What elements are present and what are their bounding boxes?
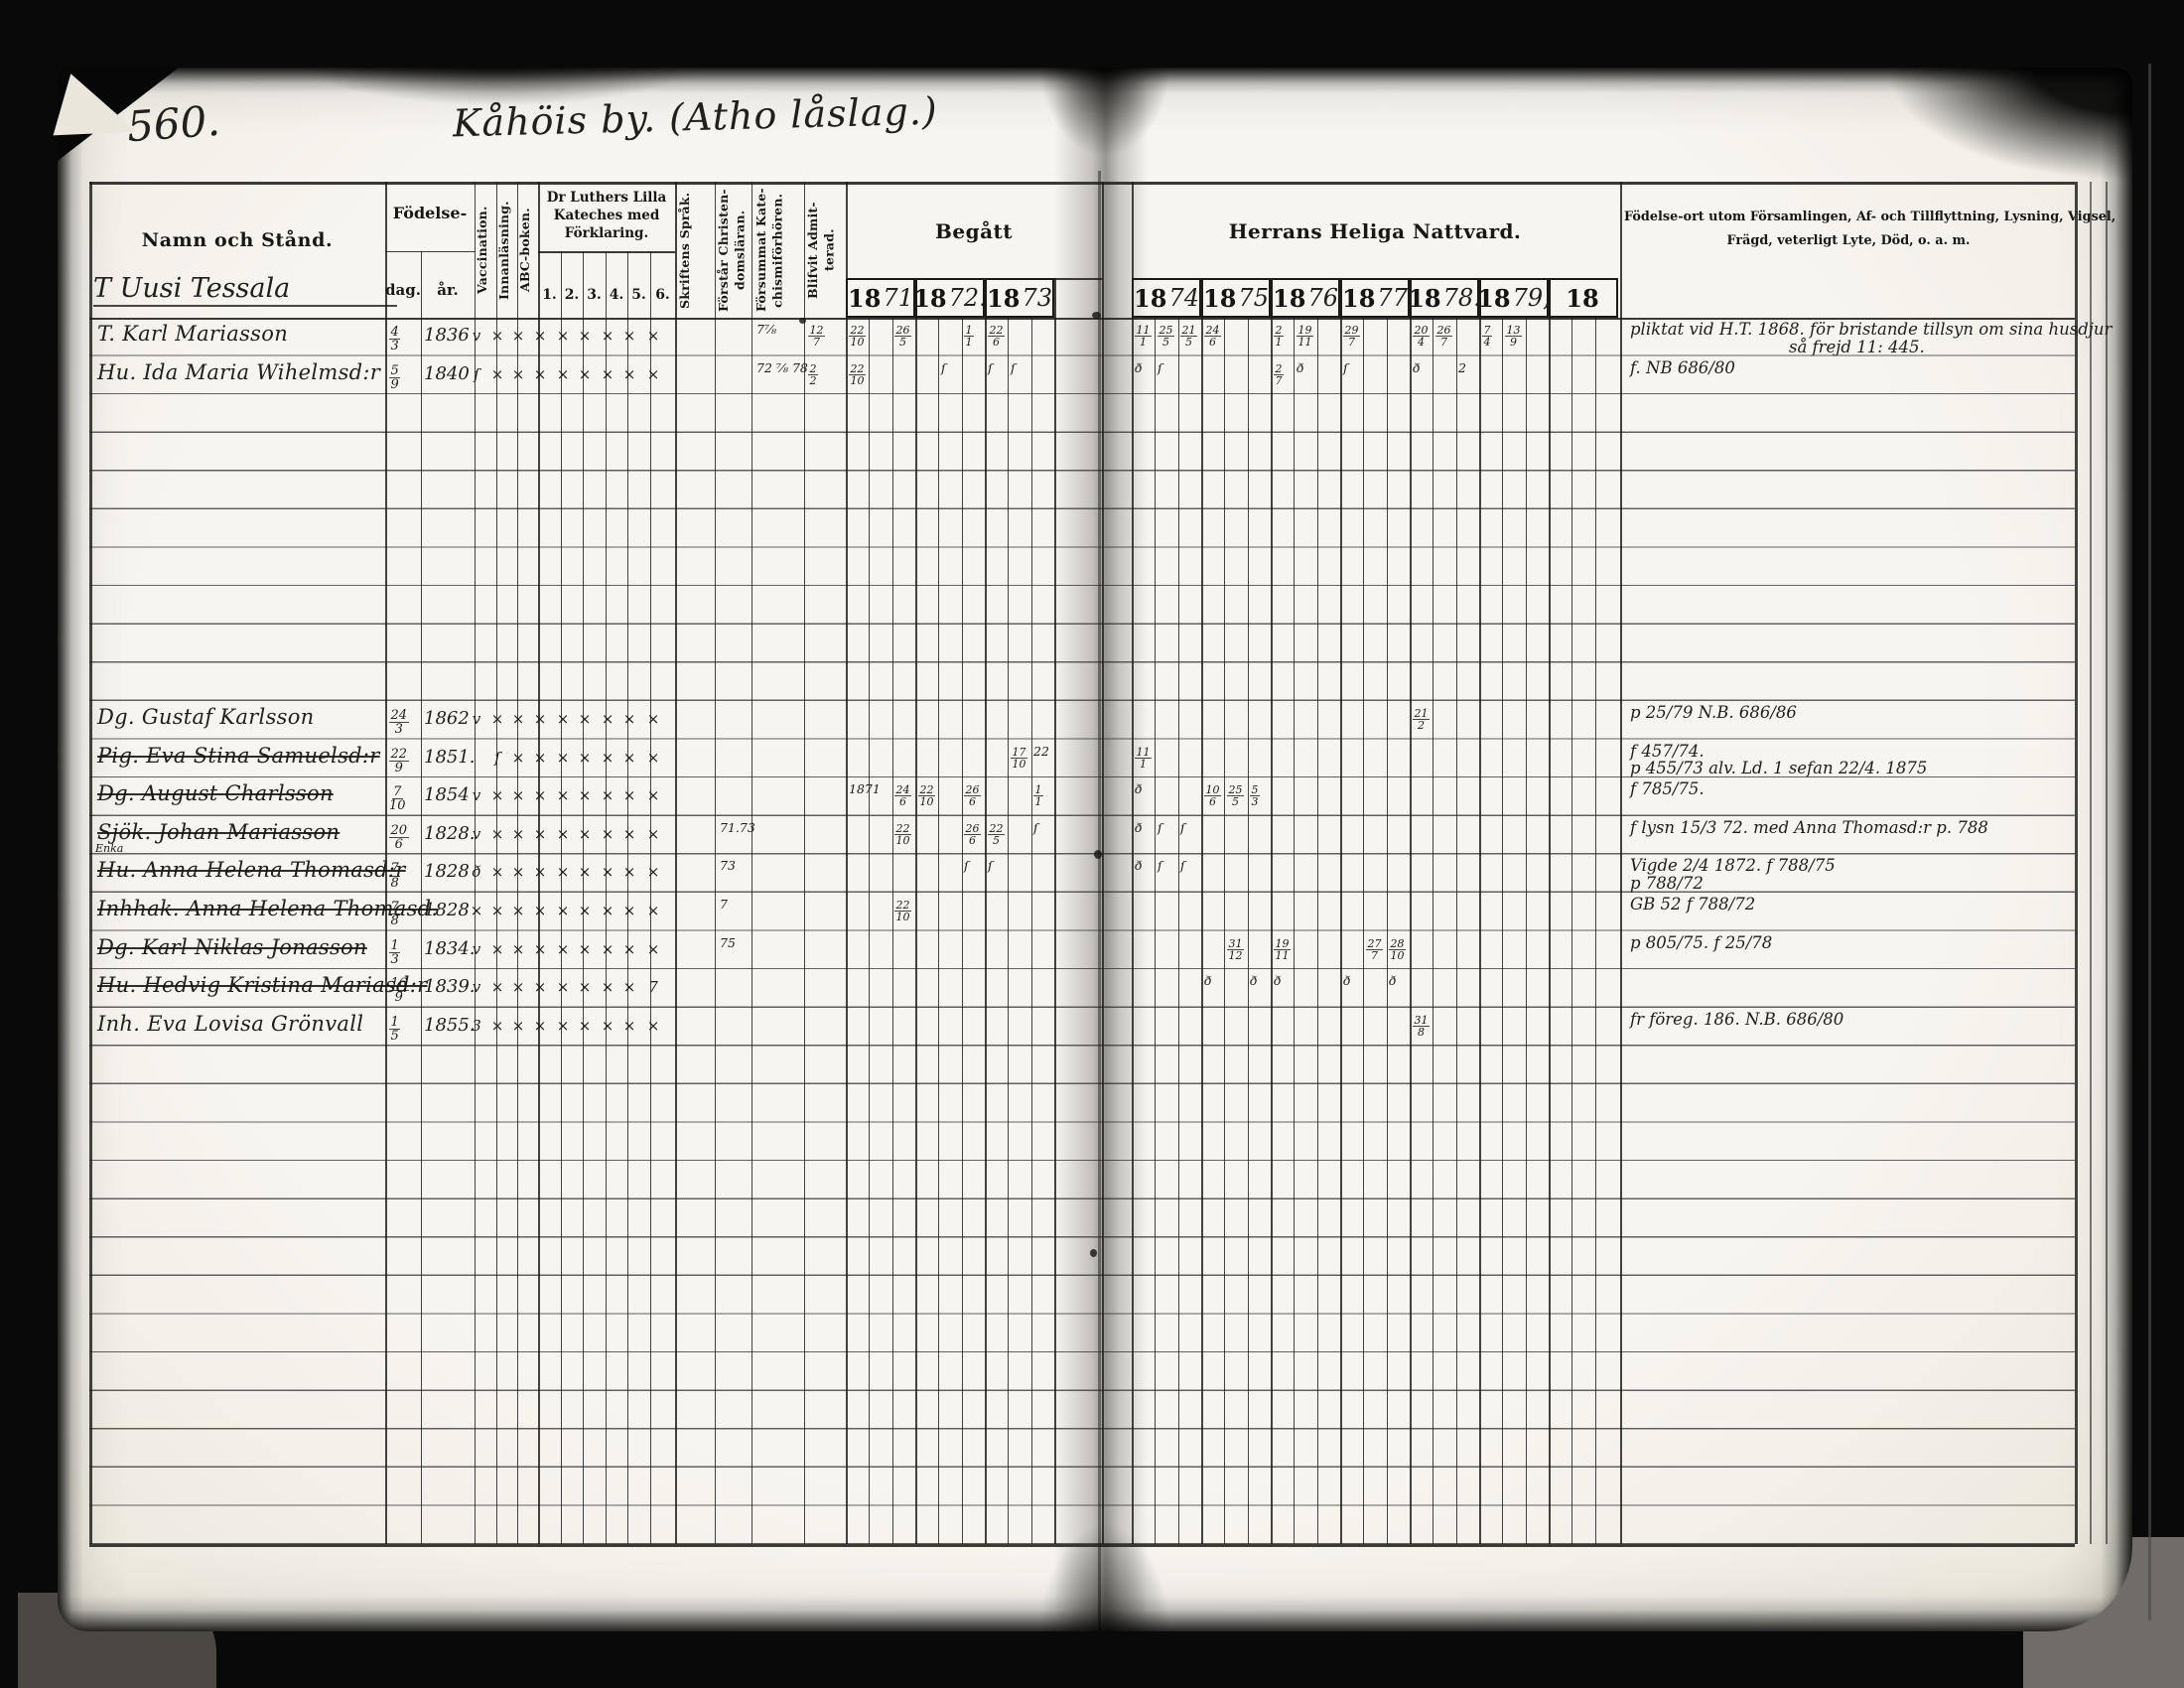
communion-entry: 225 — [988, 820, 1005, 846]
register-row-name: Inh. Eva Lovisa Grönvall — [97, 1012, 363, 1036]
communion-entry: ſ — [1158, 858, 1162, 873]
reading-mark: × — [509, 749, 527, 767]
communion-entry: 212 — [1413, 705, 1430, 731]
reading-mark: × — [576, 940, 594, 958]
grid-line — [962, 318, 963, 1544]
register-row-name: Dg. Gustaf Karlsson — [97, 705, 315, 729]
grid-line — [715, 182, 716, 1544]
reading-mark: × — [531, 786, 549, 804]
grid-line — [675, 182, 677, 1544]
communion-entry: 3112 — [1227, 935, 1244, 961]
grid-line — [89, 182, 92, 1544]
year-header: 18 — [1549, 278, 1618, 318]
reading-mark: × — [488, 825, 506, 843]
communion-entry: 75 — [720, 935, 736, 950]
reading-mark: × — [554, 940, 572, 958]
grid-line — [1155, 318, 1156, 1544]
communion-entry: ſ — [1158, 360, 1162, 375]
grid-line — [1317, 318, 1318, 1544]
communion-entry: ð — [1389, 973, 1397, 988]
note-line: pliktat vid H.T. 1868. för bristande til… — [1630, 320, 2112, 339]
year-header: 1877 — [1340, 278, 1410, 318]
reading-mark: × — [531, 978, 549, 996]
communion-entry: 255 — [1227, 781, 1244, 807]
birth-year: 1836 — [424, 325, 470, 346]
reading-mark: × — [576, 365, 594, 383]
communion-entry: 246 — [1204, 322, 1221, 348]
reading-mark: × — [599, 786, 616, 804]
birth-day: 78 — [389, 857, 400, 890]
ink-speck — [799, 318, 806, 324]
reading-mark: × — [599, 940, 616, 958]
reading-mark: × — [576, 863, 594, 881]
communion-entry: 266 — [964, 781, 981, 807]
note-line: f 785/75. — [1630, 779, 1705, 798]
grid-line — [938, 318, 939, 1544]
reading-mark: × — [620, 365, 638, 383]
reading-mark: × — [554, 825, 572, 843]
reading-mark: × — [531, 940, 549, 958]
reading-mark: × — [509, 1017, 527, 1035]
communion-entry: 1911 — [1297, 322, 1313, 348]
grid-line — [892, 318, 893, 1544]
reading-mark: × — [620, 978, 638, 996]
reading-mark: × — [599, 863, 616, 881]
reading-mark: × — [531, 902, 549, 919]
communion-entry: 265 — [894, 322, 911, 348]
reading-mark: v — [468, 327, 485, 345]
birth-day: 243 — [389, 704, 409, 737]
reading-mark: × — [599, 1017, 616, 1035]
reading-mark: × — [554, 902, 572, 919]
communion-entry: 204 — [1413, 322, 1430, 348]
reading-mark: × — [599, 825, 616, 843]
communion-entry: 318 — [1413, 1012, 1430, 1038]
communion-entry: 139 — [1505, 322, 1522, 348]
birth-day: 206 — [389, 819, 409, 852]
communion-entry: 2210 — [894, 897, 911, 922]
reading-mark: × — [644, 825, 662, 843]
reading-mark: × — [620, 1017, 638, 1035]
reading-mark: × — [488, 710, 506, 728]
reading-mark: × — [554, 978, 572, 996]
birth-day: 78 — [389, 896, 400, 928]
grid-line — [804, 182, 805, 1544]
scan-corner-top-right — [1884, 68, 2132, 182]
scan-smudge-top — [286, 68, 713, 107]
communion-entry: 22 — [1033, 744, 1049, 759]
communion-entry: ſ — [988, 858, 993, 873]
communion-entry: 297 — [1343, 322, 1360, 348]
grid-line — [1271, 278, 1273, 1544]
reading-mark: × — [576, 825, 594, 843]
reading-mark: × — [644, 863, 662, 881]
grid-line — [561, 251, 562, 1544]
register-row-name: Hu. Anna Helena Thomasd:r — [97, 858, 406, 882]
grid-line — [538, 251, 675, 253]
communion-entry: 277 — [1366, 935, 1383, 961]
communion-entry: ſ — [1158, 820, 1162, 835]
year-header: 1873 — [985, 278, 1054, 318]
reading-mark: × — [554, 863, 572, 881]
communion-entry: 71.73 — [720, 820, 755, 835]
reading-mark: × — [509, 710, 527, 728]
reading-mark: × — [576, 1017, 594, 1035]
page-number: 560. — [125, 96, 221, 151]
reading-mark: ð — [468, 863, 485, 881]
note-line: f lysn 15/3 72. med Anna Thomasd:r p. 78… — [1630, 818, 1988, 837]
grid-line — [627, 251, 628, 1544]
page-fold-line — [2090, 182, 2092, 1544]
communion-entry: 1871 — [849, 781, 881, 796]
birth-year: 1828 — [424, 900, 470, 920]
register-row-name: Hu. Hedvig Kristina Mariasd:r — [97, 973, 428, 997]
communion-entry: ſ — [1011, 360, 1016, 375]
reading-mark: × — [620, 825, 638, 843]
next-page-edge — [2148, 64, 2151, 1620]
reading-mark: × — [554, 786, 572, 804]
ink-speck-4 — [1090, 1249, 1097, 1257]
communion-entry: 266 — [964, 820, 981, 846]
communion-entry: 106 — [1204, 781, 1221, 807]
ink-speck-2 — [1092, 312, 1101, 319]
birth-day: 169 — [389, 972, 409, 1005]
register-row-name: Inhhak. Anna Helena Thomasd. — [97, 897, 438, 920]
reading-mark: × — [488, 978, 506, 996]
reading-mark: × — [531, 825, 549, 843]
reading-mark: × — [644, 749, 662, 767]
reading-mark: v — [468, 786, 485, 804]
note-line: p 805/75. f 25/78 — [1630, 933, 1772, 952]
reading-mark: × — [509, 978, 527, 996]
register-row-name: Dg. August Charlsson — [97, 781, 334, 805]
grid-line — [1031, 318, 1032, 1544]
note-line: f 457/74. — [1630, 742, 1705, 761]
birth-day: 13 — [389, 934, 400, 967]
year-header: 1871 — [846, 278, 915, 318]
grid-line — [385, 251, 475, 252]
register-row-name: T. Karl Mariasson — [97, 322, 288, 346]
reading-mark: × — [554, 710, 572, 728]
grid-line — [2075, 182, 2078, 1544]
grid-line — [583, 251, 584, 1544]
grid-line — [1502, 318, 1503, 1544]
communion-entry: 1710 — [1011, 744, 1027, 770]
reading-mark: × — [599, 749, 616, 767]
communion-entry: ð — [1274, 973, 1282, 988]
reading-mark: × — [488, 327, 506, 345]
note-line: f. NB 686/80 — [1630, 358, 1735, 377]
reading-mark: × — [509, 863, 527, 881]
scan-edge-bottom — [58, 1596, 2132, 1631]
reading-mark: × — [554, 327, 572, 345]
communion-entry: 11 — [1033, 781, 1043, 807]
communion-entry: 127 — [808, 322, 825, 348]
grid-line — [650, 251, 651, 1544]
birth-year: 1854 — [424, 784, 470, 805]
note-line: GB 52 f 788/72 — [1630, 895, 1755, 914]
grid-line — [1595, 318, 1596, 1544]
reading-mark: × — [509, 786, 527, 804]
grid-line — [1387, 318, 1388, 1544]
reading-mark: v — [468, 825, 485, 843]
birth-year: 1862 — [424, 708, 470, 729]
reading-mark: × — [620, 863, 638, 881]
communion-entry: ſ — [941, 360, 946, 375]
reading-mark: × — [576, 902, 594, 919]
grid-line — [1410, 278, 1412, 1544]
scan-edge-right — [2101, 68, 2132, 1631]
grid-line — [1620, 182, 1622, 1544]
grid-line — [1433, 318, 1433, 1544]
grid-line — [1224, 318, 1225, 1544]
birth-year: 1828 — [424, 861, 470, 882]
register-row-name: Hu. Ida Maria Wihelmsd:r — [97, 360, 380, 384]
grid-line — [869, 318, 870, 1544]
birth-year: 1840 — [424, 363, 470, 384]
reading-mark: × — [531, 327, 549, 345]
reading-mark: × — [531, 365, 549, 383]
communion-entry: ð — [1250, 973, 1258, 988]
communion-entry: 2210 — [849, 322, 866, 348]
communion-entry: ſ — [1033, 820, 1038, 835]
year-header: 1879, — [1479, 278, 1549, 318]
birth-day: 229 — [389, 743, 409, 775]
reading-mark: × — [644, 1017, 662, 1035]
grid-line — [1008, 318, 1009, 1544]
communion-entry: 27 — [1274, 360, 1284, 386]
year-header: 1872. — [915, 278, 985, 318]
grid-line — [1340, 278, 1342, 1544]
reading-mark: × — [509, 902, 527, 919]
birth-day: 710 — [389, 780, 406, 813]
grid-line — [985, 278, 987, 1544]
note-line: så frejd 11: 445. — [1789, 338, 1925, 356]
reading-mark: × — [576, 710, 594, 728]
reading-mark: × — [488, 902, 506, 919]
reading-mark: × — [576, 327, 594, 345]
reading-mark: × — [509, 940, 527, 958]
reading-mark: × — [644, 365, 662, 383]
grid-line — [1479, 278, 1481, 1544]
communion-entry: 2210 — [894, 820, 911, 846]
reading-mark: × — [531, 710, 549, 728]
scanned-register-page: 560. Kåhöis by. (Atho låslag.) Namn och … — [58, 68, 2132, 1631]
communion-entry: 7⅞ — [756, 322, 776, 337]
reading-mark: × — [531, 863, 549, 881]
communion-entry: 53 — [1250, 781, 1260, 807]
grid-line — [606, 251, 607, 1544]
communion-entry: 74 — [1482, 322, 1492, 348]
reading-mark: × — [509, 825, 527, 843]
grid-line — [1571, 318, 1572, 1544]
communion-entry: 2810 — [1389, 935, 1406, 961]
note-line: p 25/79 N.B. 686/86 — [1630, 703, 1797, 722]
communion-entry: ſ — [988, 360, 993, 375]
reading-mark: × — [576, 749, 594, 767]
reading-mark: × — [620, 902, 638, 919]
communion-entry: 72 ⅞ 78 — [756, 360, 808, 375]
reading-mark: × — [531, 1017, 549, 1035]
reading-mark: × — [620, 710, 638, 728]
grid-line — [1178, 318, 1179, 1544]
reading-mark: × — [488, 863, 506, 881]
communion-entry: 2210 — [918, 781, 935, 807]
communion-entry: ſ — [1343, 360, 1348, 375]
book-gutter-shadow — [1054, 68, 1148, 1631]
communion-entry: ſ — [964, 858, 969, 873]
reading-mark: ſ — [468, 365, 485, 383]
reading-mark: × — [644, 902, 662, 919]
reading-mark: × — [644, 327, 662, 345]
reading-mark: × — [531, 749, 549, 767]
reading-mark: × — [644, 940, 662, 958]
note-line: fr föreg. 186. N.B. 686/80 — [1630, 1010, 1843, 1029]
communion-entry: 1911 — [1274, 935, 1291, 961]
communion-entry: 73 — [720, 858, 736, 873]
grid-line — [751, 182, 752, 1544]
grid-line — [1294, 318, 1295, 1544]
reading-mark: × — [554, 1017, 572, 1035]
communion-entry: ſ — [1180, 820, 1185, 835]
reading-mark: × — [620, 327, 638, 345]
book-fold-line — [1098, 171, 1101, 1630]
reading-mark: × — [599, 710, 616, 728]
reading-mark: × — [599, 365, 616, 383]
reading-mark: × — [599, 902, 616, 919]
communion-entry: 246 — [894, 781, 911, 807]
communion-entry: ſ — [1180, 858, 1185, 873]
register-row-name: Sjök. Johan Mariasson — [97, 820, 340, 844]
reading-mark: v — [468, 978, 485, 996]
grid-line — [1363, 318, 1364, 1544]
communion-entry: 21 — [1274, 322, 1284, 348]
communion-entry: 226 — [988, 322, 1005, 348]
reading-mark: 3 — [468, 1017, 485, 1035]
reading-mark: × — [488, 940, 506, 958]
communion-entry: 215 — [1180, 322, 1197, 348]
communion-entry: 22 — [808, 360, 818, 386]
communion-entry: 7 — [720, 897, 728, 912]
reading-mark: 7 — [644, 978, 662, 996]
reading-mark: × — [620, 749, 638, 767]
grid-line — [1201, 278, 1203, 1544]
note-line: p 788/72 — [1630, 874, 1704, 893]
reading-mark: × — [599, 978, 616, 996]
reading-mark: × — [468, 902, 485, 919]
reading-mark: × — [644, 786, 662, 804]
reading-mark: × — [620, 940, 638, 958]
note-line: Vigde 2/4 1872. f 788/75 — [1630, 856, 1836, 875]
birth-year: 1851. — [424, 747, 476, 768]
register-row-name: Dg. Karl Niklas Jonasson — [97, 935, 367, 959]
reading-mark: × — [554, 749, 572, 767]
communion-entry: ð — [1297, 360, 1304, 375]
year-header: 1878. — [1410, 278, 1479, 318]
register-row-name: Pig. Eva Stina Samuelsd:r — [97, 744, 380, 768]
scan-edge-left — [58, 68, 83, 1631]
communion-entry: 11 — [964, 322, 974, 348]
year-header: 1876 — [1271, 278, 1340, 318]
birth-day: 59 — [389, 359, 400, 392]
widow-note: Enka — [95, 842, 123, 855]
communion-entry: ð — [1413, 360, 1421, 375]
note-line: p 455/73 alv. Ld. 1 sefan 22/4. 1875 — [1630, 759, 1927, 777]
reading-mark: × — [576, 786, 594, 804]
reading-mark: × — [599, 327, 616, 345]
communion-entry: 267 — [1435, 322, 1452, 348]
reading-mark: × — [509, 365, 527, 383]
grid-line — [1248, 318, 1249, 1544]
year-header: 1875 — [1201, 278, 1271, 318]
reading-mark: × — [488, 1017, 506, 1035]
reading-mark: × — [554, 365, 572, 383]
grid-line — [1456, 318, 1457, 1544]
grid-line — [1549, 278, 1551, 1544]
communion-entry: ð — [1343, 973, 1351, 988]
grid-line — [1526, 318, 1527, 1544]
reading-mark: v — [468, 940, 485, 958]
reading-mark: × — [509, 327, 527, 345]
reading-mark: × — [488, 786, 506, 804]
communion-entry: 255 — [1158, 322, 1174, 348]
reading-mark: × — [644, 710, 662, 728]
reading-mark: × — [620, 786, 638, 804]
communion-entry: ð — [1204, 973, 1212, 988]
birth-day: 43 — [389, 321, 400, 353]
communion-entry: 2210 — [849, 360, 866, 386]
reading-mark: × — [488, 365, 506, 383]
reading-mark: ſ — [488, 749, 506, 767]
birth-day: 15 — [389, 1011, 400, 1044]
grid-line — [915, 278, 917, 1544]
communion-entry: 2 — [1458, 360, 1466, 375]
ink-speck-3 — [1094, 850, 1102, 859]
reading-mark: × — [576, 978, 594, 996]
reading-mark: v — [468, 710, 485, 728]
